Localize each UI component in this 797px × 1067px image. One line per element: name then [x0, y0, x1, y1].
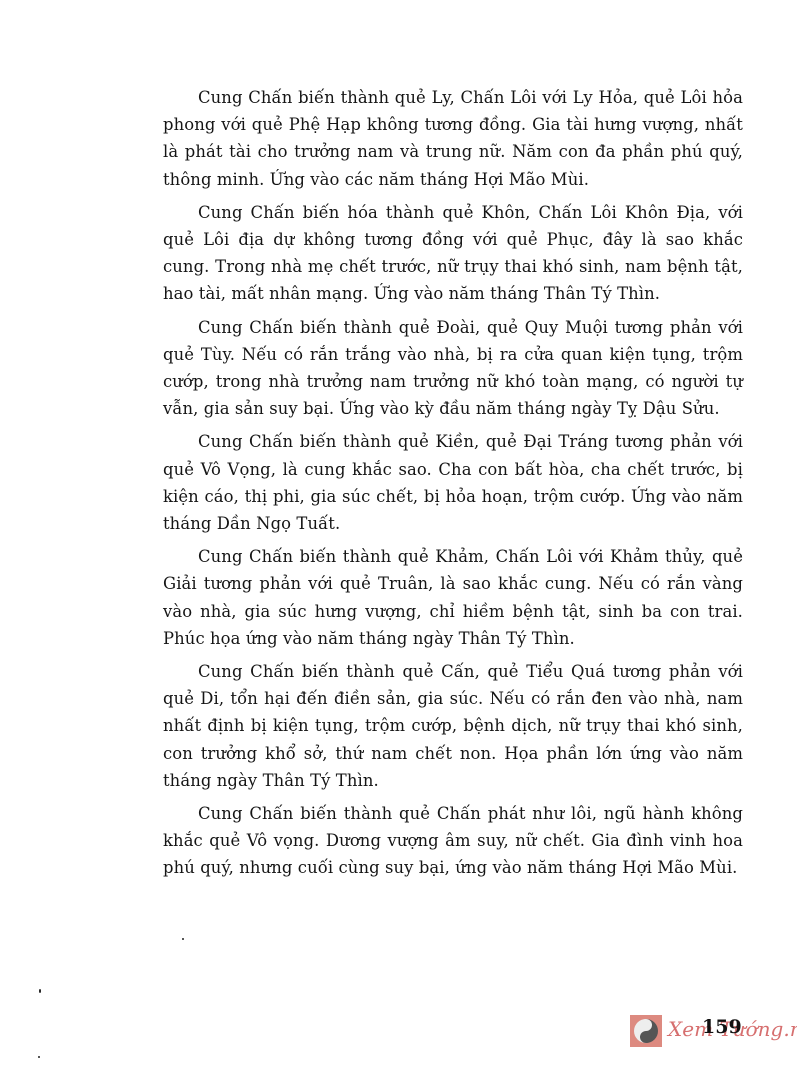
paragraph: Cung Chấn biến thành quẻ Ly, Chấn Lôi vớ… [163, 84, 743, 193]
scan-speck [38, 1056, 40, 1058]
paragraph: Cung Chấn biến thành quẻ Khảm, Chấn Lôi … [163, 543, 743, 652]
page-footer: Xem Tướng.net 159 [628, 1013, 793, 1049]
page-number: 159 [702, 1016, 742, 1038]
yin-yang-icon [634, 1019, 658, 1043]
scan-speck [182, 938, 184, 940]
paragraph: Cung Chấn biến hóa thành quẻ Khôn, Chấn … [163, 199, 743, 308]
paragraph: Cung Chấn biến thành quẻ Chấn phát như l… [163, 800, 743, 882]
page-body: Cung Chấn biến thành quẻ Ly, Chấn Lôi vớ… [163, 84, 743, 888]
paragraph: Cung Chấn biến thành quẻ Kiền, quẻ Đại T… [163, 428, 743, 537]
scan-speck [39, 989, 41, 993]
paragraph: Cung Chấn biến thành quẻ Đoài, quẻ Quy M… [163, 314, 743, 423]
watermark-logo [630, 1015, 662, 1047]
paragraph: Cung Chấn biến thành quẻ Cấn, quẻ Tiểu Q… [163, 658, 743, 794]
